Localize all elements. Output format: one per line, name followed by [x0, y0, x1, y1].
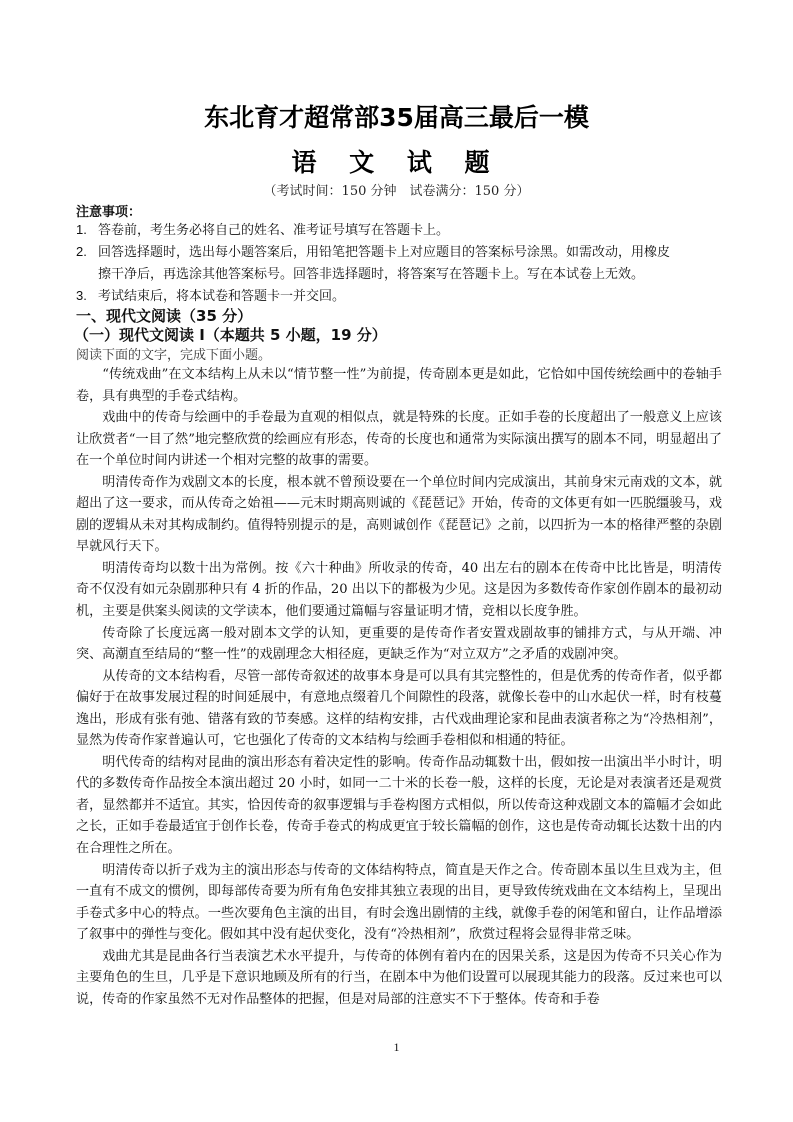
passage-paragraph: 明清传奇均以数十出为常例。按《六十种曲》所收录的传奇，40 出左右的剧本在传奇中… — [76, 558, 722, 623]
passage-paragraph: 从传奇的文本结构看，尽管一部传奇叙述的故事本身是可以具有其完整性的，但是优秀的传… — [76, 666, 722, 752]
passage-paragraph: 戏曲尤其是昆曲各行当表演艺术水平提升，与传奇的体例有着内在的因果关系，这是因为传… — [76, 946, 722, 1011]
passage-paragraph: 戏曲中的传奇与绘画中的手卷最为直观的相似点，就是特殊的长度。正如手卷的长度超出了… — [76, 407, 722, 472]
note-text-continuation: 擦干净后，再选涂其他答案标号。回答非选择题时，将答案写在答题卡上。写在本试卷上无… — [76, 264, 726, 286]
passage-paragraph: 明代传奇的结构对昆曲的演出形态有着决定性的影响。传奇作品动辄数十出，假如按一出演… — [76, 752, 722, 860]
passage-paragraph: 传奇除了长度远离一般对剧本文学的认知，更重要的是传奇作者安置戏剧故事的铺排方式，… — [76, 623, 722, 666]
passage-paragraph: 明清传奇作为戏剧文本的长度，根本就不曾预设要在一个单位时间内完成演出，其前身宋元… — [76, 472, 722, 558]
page-number: 1 — [0, 1040, 793, 1055]
note-text: 考试结束后，将本试卷和答题卡一并交回。 — [98, 289, 345, 304]
note-number: 3. — [76, 285, 98, 307]
note-text: 回答选择题时，选出每小题答案后，用铅笔把答题卡上对应题目的答案标号涂黑。如需改动… — [98, 245, 670, 260]
passage-paragraph: “传统戏曲”在文本结构上从未以“情节整一性”为前提，传奇剧本更是如此，它恰如中国… — [76, 364, 722, 407]
subsection-heading: （一）现代文阅读 I（本题共 5 小题，19 分） — [74, 324, 387, 345]
passage-paragraph: 明清传奇以折子戏为主的演出形态与传奇的文体结构特点，简直是天作之合。传奇剧本虽以… — [76, 860, 722, 946]
note-number: 1. — [76, 219, 98, 241]
subject-title: 语 文 试 题 — [0, 143, 793, 179]
note-number: 2. — [76, 241, 98, 263]
reading-passage: “传统戏曲”在文本结构上从未以“情节整一性”为前提，传奇剧本更是如此，它恰如中国… — [76, 364, 722, 1010]
note-item-2: 2.回答选择题时，选出每小题答案后，用铅笔把答题卡上对应题目的答案标号涂黑。如需… — [76, 241, 726, 286]
notes-heading: 注意事项： — [76, 201, 141, 220]
exam-title: 东北育才超常部35届高三最后一模 — [0, 98, 793, 134]
exam-page: 东北育才超常部35届高三最后一模 语 文 试 题 （考试时间：150 分钟 试卷… — [0, 0, 793, 1122]
note-item-1: 1.答卷前，考生务必将自己的姓名、准考证号填写在答题卡上。 — [76, 219, 726, 242]
reading-instruction: 阅读下面的文字，完成下面小题。 — [76, 344, 271, 363]
note-text: 答卷前，考生务必将自己的姓名、准考证号填写在答题卡上。 — [98, 223, 449, 238]
exam-info: （考试时间：150 分钟 试卷满分：150 分） — [0, 180, 793, 199]
section-heading: 一、现代文阅读（35 分） — [76, 305, 252, 326]
